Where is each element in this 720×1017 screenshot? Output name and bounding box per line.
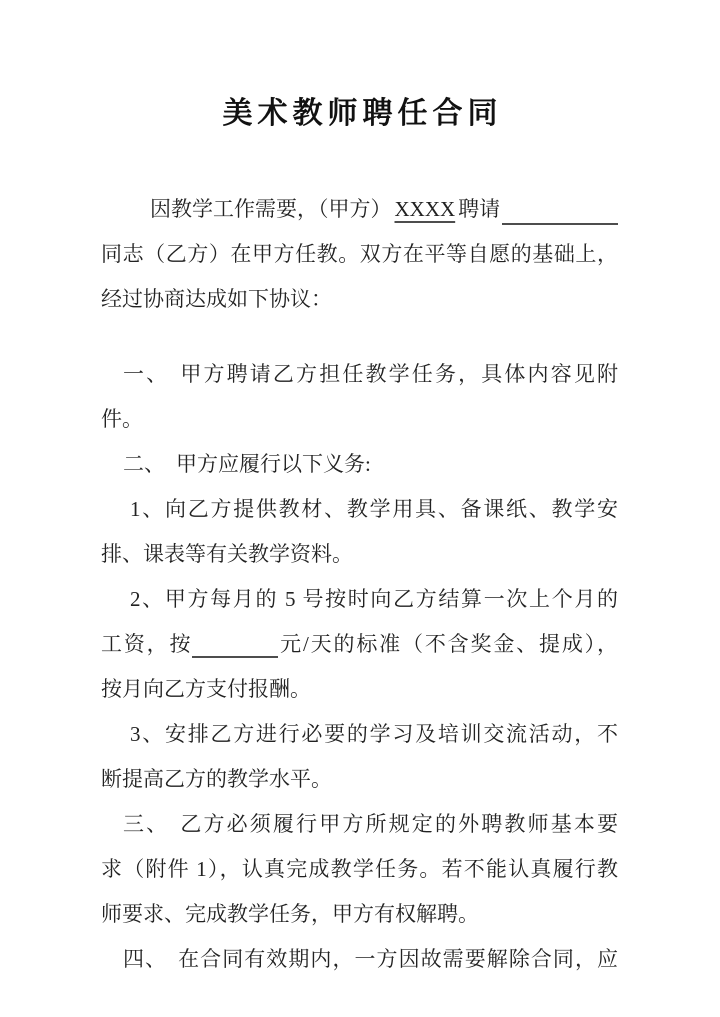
contract-body: 因教学工作需要，（甲方）XXXX聘请 同志（乙方）在甲方任教。双方在平等自愿的基… (101, 187, 618, 982)
sub-2-line-2: 工资，按元/天的标准（不含奖金、提成）， (101, 622, 618, 667)
clause-3-line-3: 师要求、完成教学任务，甲方有权解聘。 (101, 892, 618, 937)
sub-2-line-3: 按月向乙方支付报酬。 (101, 667, 618, 712)
clause-4-text: 在合同有效期内，一方因故需要解除合同，应 (178, 947, 618, 971)
clause-1-line-1: 一、甲方聘请乙方担任教学任务，具体内容见附 (101, 352, 618, 397)
sub-3-line-1: 3、安排乙方进行必要的学习及培训交流活动，不 (101, 712, 618, 757)
clause-2-number: 二、 (123, 452, 165, 476)
clause-2-line-1: 二、甲方应履行以下义务: (101, 442, 618, 487)
contract-page: 美术教师聘任合同 因教学工作需要，（甲方）XXXX聘请 同志（乙方）在甲方任教。… (0, 0, 720, 1017)
clause-2-text: 甲方应履行以下义务: (176, 452, 371, 476)
teacher-name-blank (502, 223, 618, 225)
intro-text-before-party-a: 因教学工作需要，（甲方） (150, 187, 392, 232)
document-title: 美术教师聘任合同 (0, 88, 720, 132)
intro-text-after-party-a: 聘请 (458, 187, 500, 232)
sub-1-number: 1、 (130, 497, 165, 521)
clause-3-number: 三、 (123, 812, 169, 836)
sub-2-text-after-blank: 元/天的标准（不含奖金、提成）， (278, 632, 618, 656)
sub-3-number: 3、 (130, 722, 165, 746)
sub-3-line-2: 断提高乙方的教学水平。 (101, 757, 618, 802)
clause-3-line-1: 三、乙方必须履行甲方所规定的外聘教师基本要 (101, 802, 618, 847)
intro-line-2: 同志（乙方）在甲方任教。双方在平等自愿的基础上， (101, 232, 618, 277)
daily-wage-blank (192, 656, 278, 658)
clause-1-line-2: 件。 (101, 397, 618, 442)
clause-1-text: 甲方聘请乙方担任教学任务，具体内容见附 (180, 362, 618, 386)
sub-2-text: 甲方每月的 5 号按时向乙方结算一次上个月的 (165, 587, 618, 611)
sub-3-text: 安排乙方进行必要的学习及培训交流活动，不 (165, 722, 618, 746)
clause-3-text: 乙方必须履行甲方所规定的外聘教师基本要 (180, 812, 618, 836)
sub-1-text: 向乙方提供教材、教学用具、备课纸、教学安 (165, 497, 618, 521)
sub-2-line-1: 2、甲方每月的 5 号按时向乙方结算一次上个月的 (101, 577, 618, 622)
clause-4-line-1: 四、在合同有效期内，一方因故需要解除合同，应 (101, 937, 618, 982)
sub-2-text-before-blank: 工资，按 (101, 632, 192, 656)
clause-3-line-2: 求（附件 1），认真完成教学任务。若不能认真履行教 (101, 847, 618, 892)
sub-1-line-2: 排、课表等有关教学资料。 (101, 532, 618, 577)
party-a-value: XXXX (392, 187, 459, 232)
clause-1-number: 一、 (123, 362, 169, 386)
intro-line-1: 因教学工作需要，（甲方）XXXX聘请 (101, 187, 618, 232)
sub-1-line-1: 1、向乙方提供教材、教学用具、备课纸、教学安 (101, 487, 618, 532)
clause-4-number: 四、 (123, 947, 167, 971)
intro-line-3: 经过协商达成如下协议： (101, 277, 618, 322)
sub-2-number: 2、 (130, 587, 165, 611)
